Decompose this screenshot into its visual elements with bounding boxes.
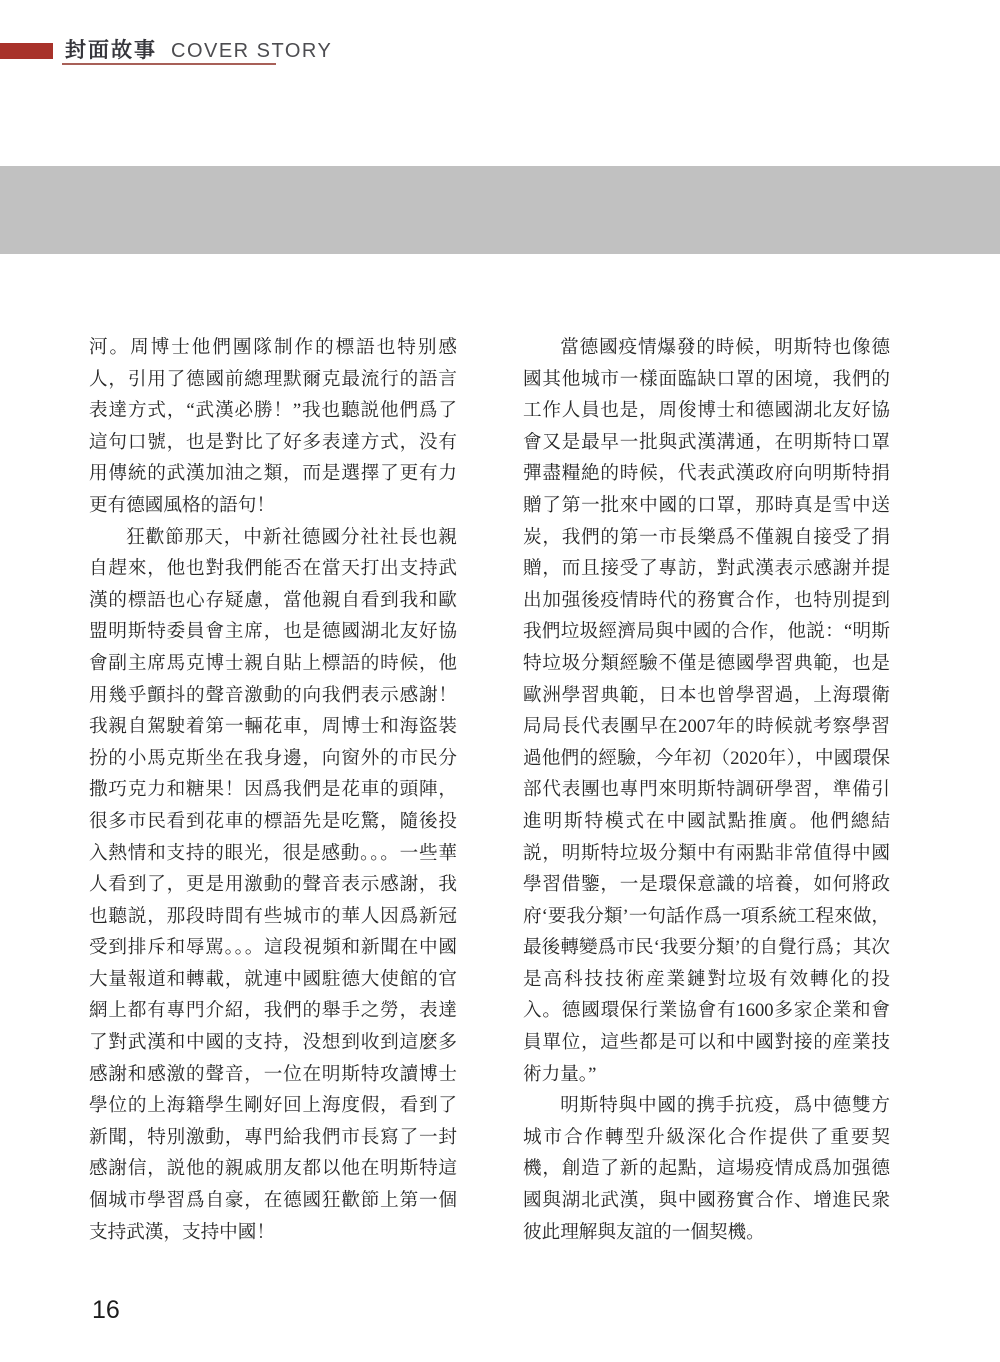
section-underline [62, 63, 276, 65]
article-paragraph: 河。周博士他們團隊制作的標語也特别感人，引用了德國前總理默爾克最流行的語言表達方… [89, 332, 457, 522]
article-paragraph: 明斯特與中國的携手抗疫，爲中德雙方城市合作轉型升級深化合作提供了重要契機，創造了… [523, 1090, 890, 1248]
section-accent-bar [0, 43, 53, 59]
article-paragraph: 當德國疫情爆發的時候，明斯特也像德國其他城市一樣面臨缺口罩的困境，我們的工作人員… [523, 332, 890, 1090]
article-column-right: 當德國疫情爆發的時候，明斯特也像德國其他城市一樣面臨缺口罩的困境，我們的工作人員… [523, 332, 890, 1248]
page-number: 16 [92, 1296, 120, 1325]
section-header: 封面故事 COVER STORY [65, 34, 332, 64]
article-column-left: 河。周博士他們團隊制作的標語也特别感人，引用了德國前總理默爾克最流行的語言表達方… [89, 332, 457, 1248]
article-paragraph: 狂歡節那天，中新社德國分社社長也親自趕來，他也對我們能否在當天打出支持武漢的標語… [89, 522, 457, 1249]
photo-placeholder-band [0, 166, 1000, 254]
section-title-english: COVER STORY [171, 40, 332, 63]
section-title-chinese: 封面故事 [65, 34, 157, 64]
